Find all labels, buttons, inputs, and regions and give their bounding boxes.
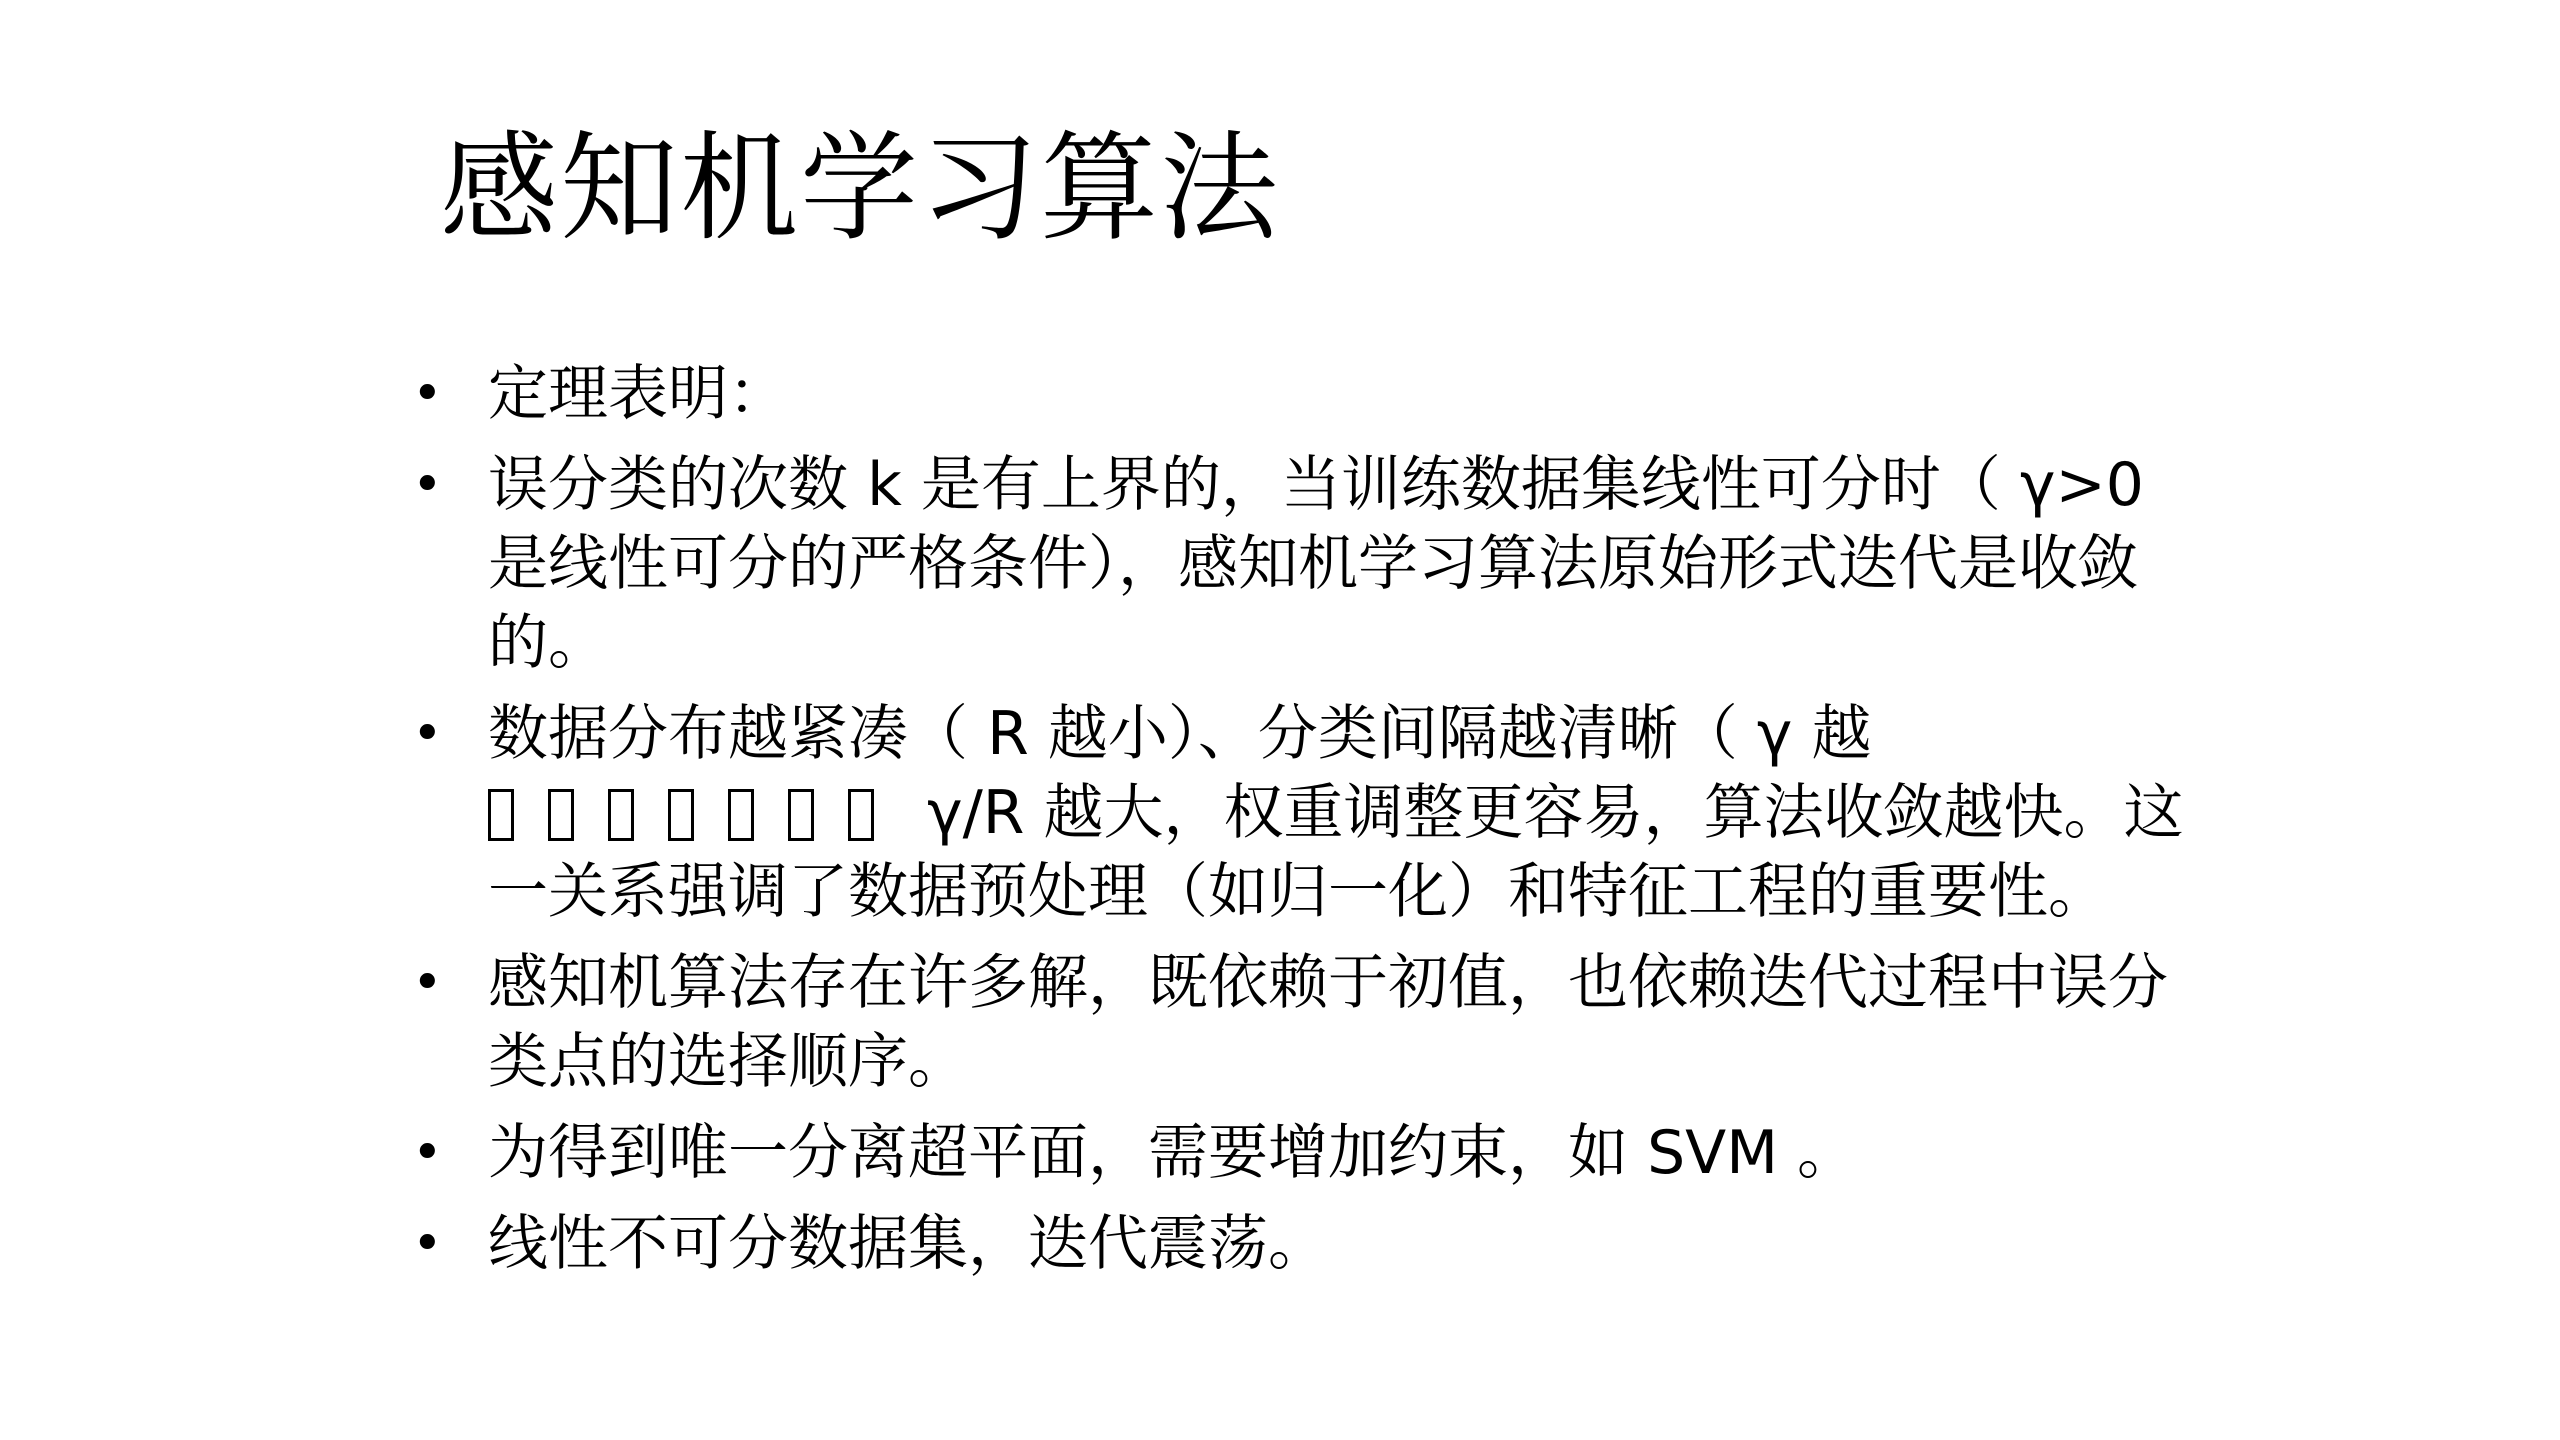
missing-glyph-icons: [488, 778, 908, 848]
slide-title: 感知机学习算法: [440, 118, 1280, 258]
bullet-icon: •: [412, 944, 443, 1023]
bullet-icon: •: [412, 446, 443, 525]
bullet-text: 感知机算法存在许多解，既依赖于初值，也依赖迭代过程中误分类点的选择顺序。: [488, 948, 2168, 1097]
bullet-item-theorem: • 定理表明：: [400, 355, 2200, 434]
bullet-text-a: 数据分布越紧凑（ R 越小）、分类间隔越清晰（ γ 越: [488, 699, 1872, 769]
bullet-text: 为得到唯一分离超平面，需要增加约束，如 SVM 。: [488, 1118, 1857, 1188]
bullet-text: 线性不可分数据集，迭代震荡。: [488, 1209, 1328, 1279]
bullet-icon: •: [412, 695, 443, 774]
bullet-item-svm: • 为得到唯一分离超平面，需要增加约束，如 SVM 。: [400, 1114, 2200, 1193]
bullet-icon: •: [412, 1205, 443, 1284]
bullet-list: • 定理表明： • 误分类的次数 k 是有上界的，当训练数据集线性可分时（ γ>…: [400, 355, 2200, 1296]
bullet-text: 误分类的次数 k 是有上界的，当训练数据集线性可分时（ γ>0 是线性可分的严格…: [488, 450, 2144, 678]
bullet-text: 定理表明：: [488, 359, 788, 429]
bullet-icon: •: [412, 1114, 443, 1193]
bullet-item-data-distribution: • 数据分布越紧凑（ R 越小）、分类间隔越清晰（ γ 越 γ/R 越大，权重调…: [400, 695, 2208, 932]
bullet-item-multiple-solutions: • 感知机算法存在许多解，既依赖于初值，也依赖迭代过程中误分类点的选择顺序。: [400, 944, 2208, 1102]
bullet-icon: •: [412, 355, 443, 434]
bullet-item-nonseparable: • 线性不可分数据集，迭代震荡。: [400, 1205, 2200, 1284]
bullet-item-convergence: • 误分类的次数 k 是有上界的，当训练数据集线性可分时（ γ>0 是线性可分的…: [400, 446, 2148, 683]
